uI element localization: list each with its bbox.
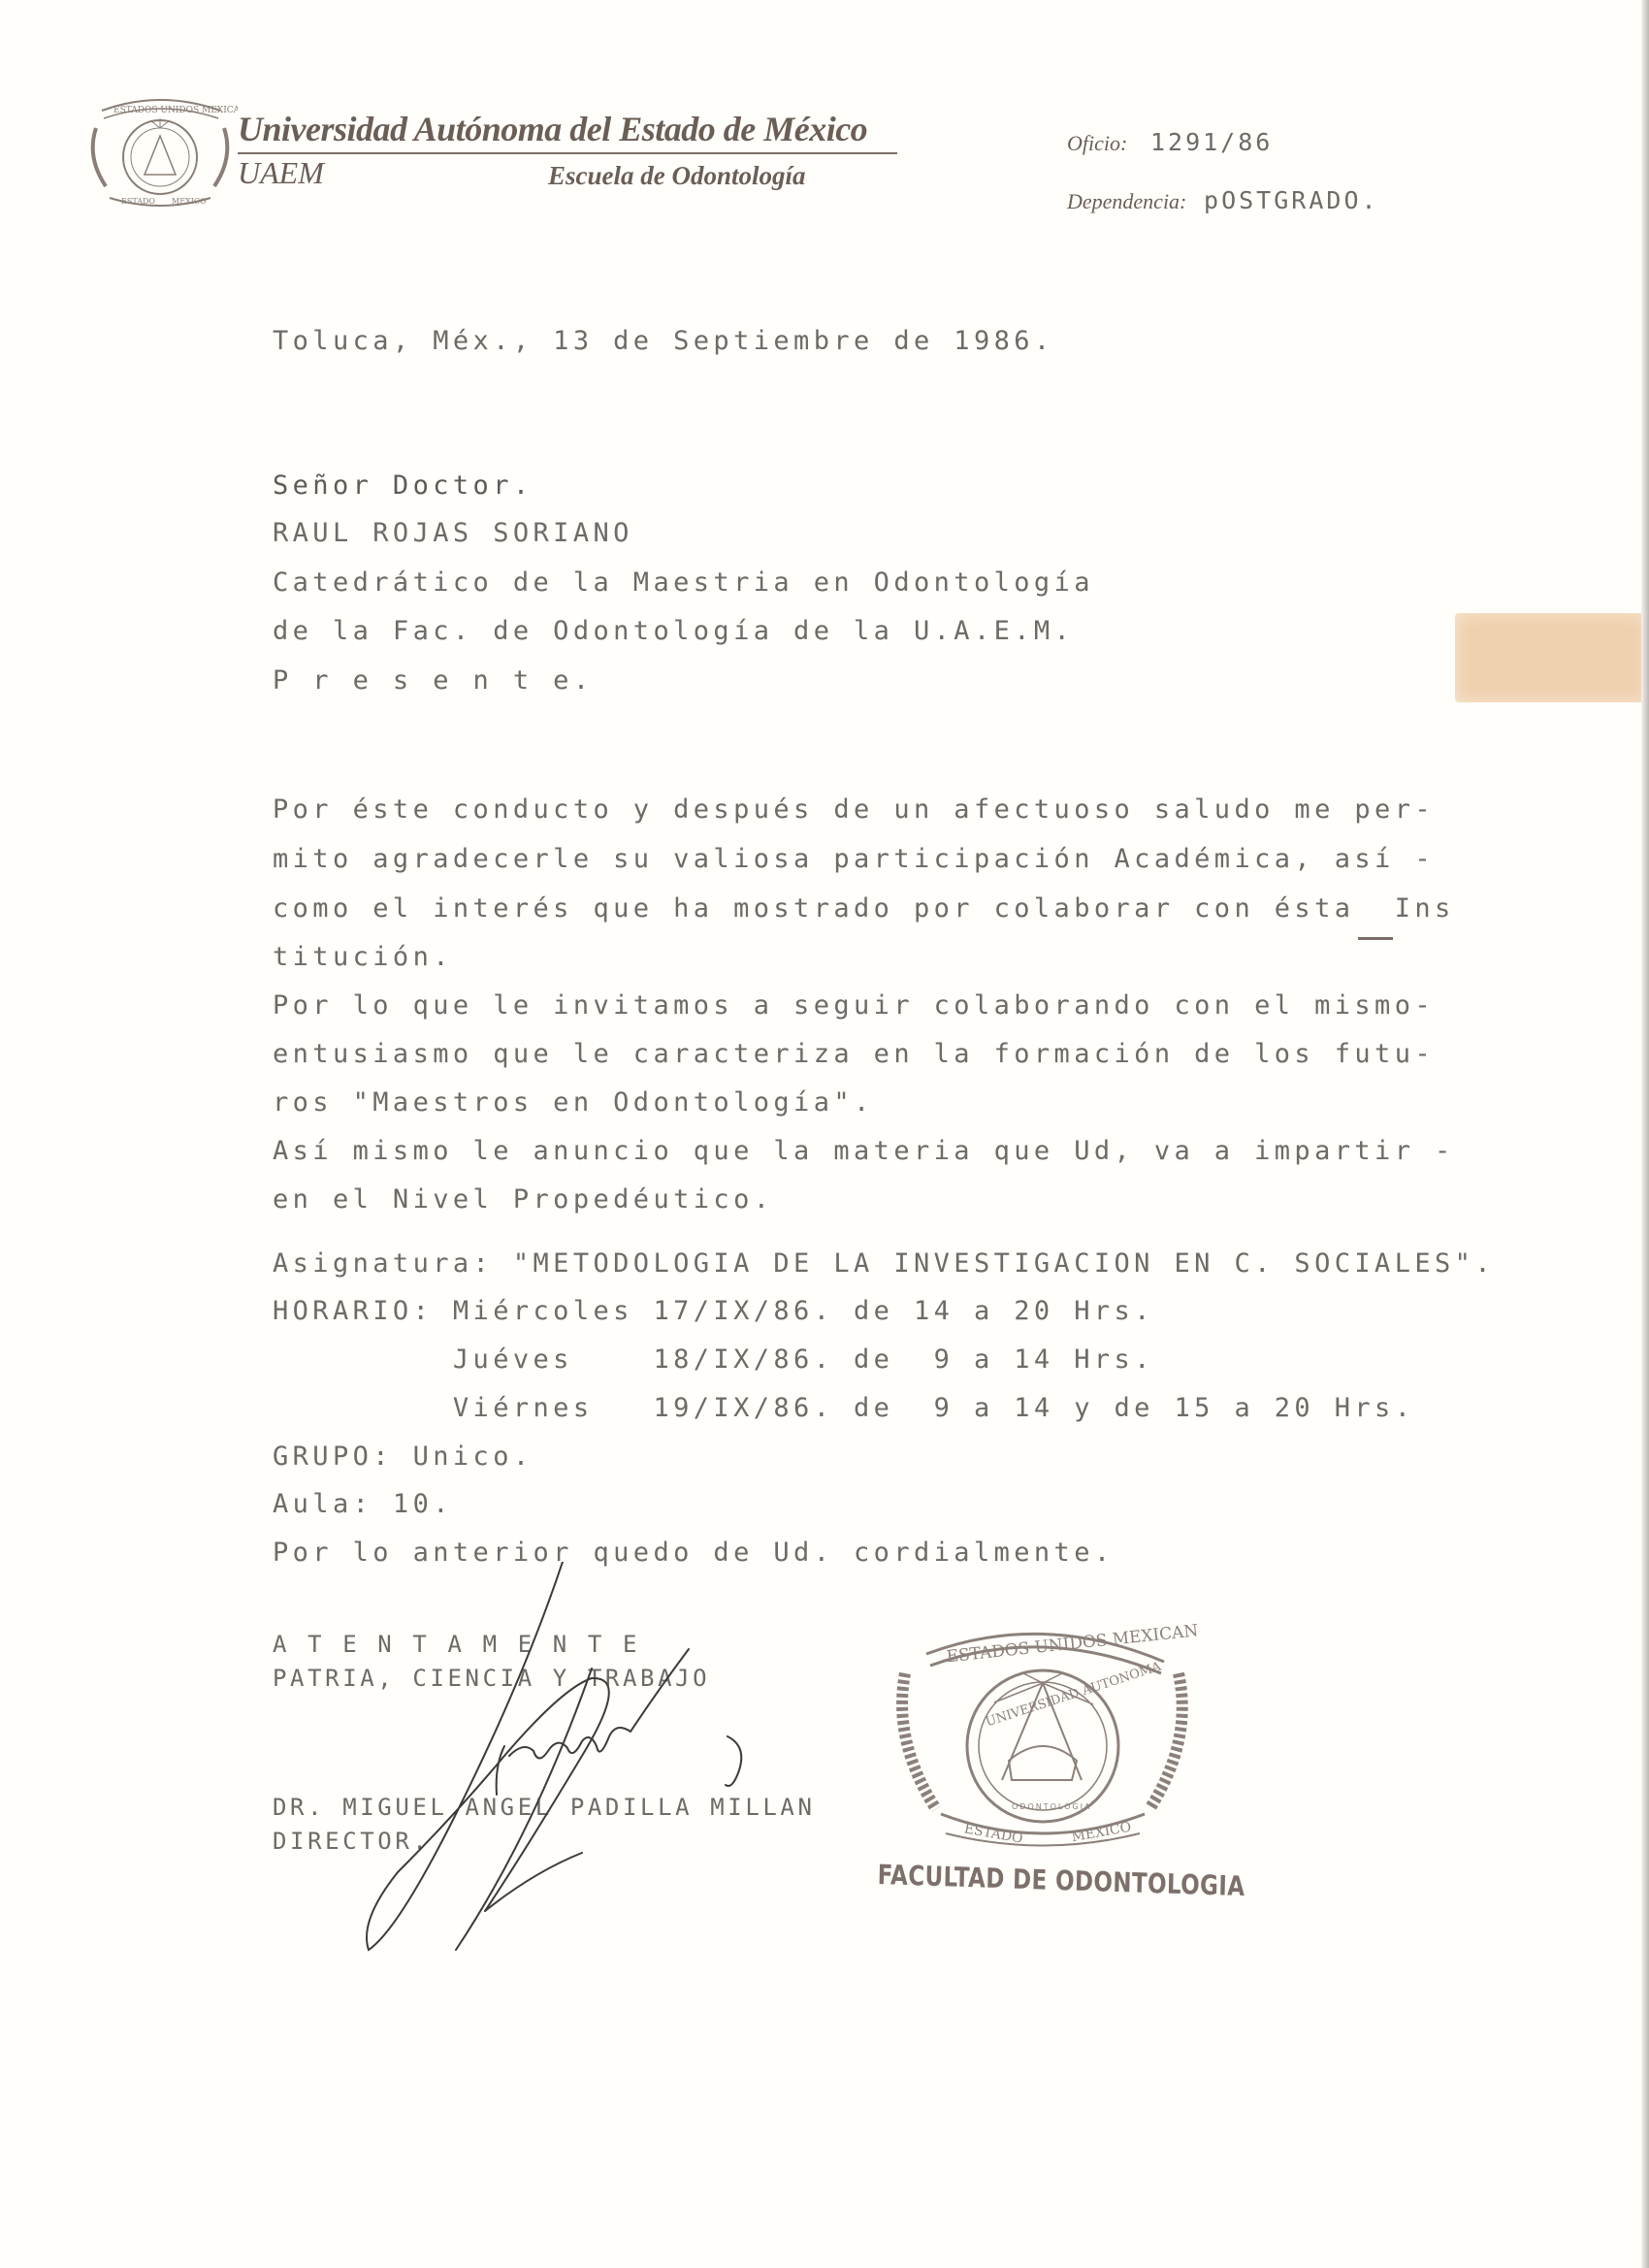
university-seal-icon: ESTADOS UNIDOS MEXICANOS ESTADO MEXICO bbox=[82, 89, 238, 215]
university-acronym: UAEM bbox=[238, 155, 324, 191]
body-line: Por lo que le invitamos a seguir colabor… bbox=[273, 992, 1435, 1019]
paper-stain bbox=[1455, 613, 1649, 702]
body-line: Así mismo le anuncio que la materia que … bbox=[273, 1138, 1455, 1164]
body-line: titución. bbox=[273, 944, 453, 970]
recipient-name: RAUL ROJAS SORIANO bbox=[273, 520, 633, 546]
body-line: mito agradecerle su valiosa participació… bbox=[273, 846, 1435, 872]
faculty-stamp-icon: ESTADOS UNIDOS MEXICANOS UNIVERSIDAD AUT… bbox=[888, 1615, 1198, 1858]
oficio-value: 1291/86 bbox=[1150, 128, 1273, 156]
body-line: en el Nivel Propedéutico. bbox=[273, 1186, 773, 1213]
dependencia-label: Dependencia: bbox=[1067, 189, 1186, 213]
svg-text:ESTADOS UNIDOS MEXICANOS: ESTADOS UNIDOS MEXICANOS bbox=[113, 106, 238, 115]
dependencia-value: pOSTGRADO. bbox=[1204, 186, 1379, 214]
recipient-position: Catedrático de la Maestria en Odontologí… bbox=[273, 569, 1094, 596]
body-line: entusiasmo que le caracteriza en la form… bbox=[273, 1041, 1435, 1067]
letterhead-rule bbox=[238, 152, 897, 154]
svg-text:MEXICO: MEXICO bbox=[172, 197, 207, 206]
university-name: Universidad Autónoma del Estado de Méxic… bbox=[238, 109, 867, 149]
grupo-line: GRUPO: Unico. bbox=[273, 1443, 533, 1470]
date-line: Toluca, Méx., 13 de Septiembre de 1986. bbox=[273, 328, 1054, 354]
body-line: Por éste conducto y después de un afectu… bbox=[273, 796, 1435, 823]
schedule-line: HORARIO: Miércoles 17/IX/86. de 14 a 20 … bbox=[273, 1298, 1154, 1324]
handwritten-signature bbox=[339, 1562, 786, 1969]
underline-mark bbox=[1358, 937, 1393, 940]
stamp-caption: FACULTAD DE ODONTOLOGIA bbox=[877, 1859, 1245, 1902]
svg-text:ODONTOLOGIA: ODONTOLOGIA bbox=[1012, 1802, 1091, 1811]
oficio-row: Oficio: 1291/86 bbox=[1067, 128, 1273, 156]
body-line: ros "Maestros en Odontología". bbox=[273, 1089, 874, 1116]
svg-text:ESTADO: ESTADO bbox=[121, 197, 155, 206]
scan-edge bbox=[1641, 0, 1649, 2268]
recipient-presente: P r e s e n t e. bbox=[273, 667, 594, 694]
oficio-label: Oficio: bbox=[1067, 131, 1127, 155]
schedule-line: Juéves 18/IX/86. de 9 a 14 Hrs. bbox=[273, 1346, 1154, 1373]
recipient-salutation: Señor Doctor. bbox=[273, 472, 533, 499]
dependencia-row: Dependencia: pOSTGRADO. bbox=[1067, 186, 1379, 214]
body-line: como el interés que ha mostrado por cola… bbox=[273, 895, 1455, 922]
school-name: Escuela de Odontología bbox=[548, 161, 806, 191]
recipient-institution: de la Fac. de Odontología de la U.A.E.M. bbox=[273, 618, 1074, 644]
svg-text:UNIVERSIDAD AUTONOMA: UNIVERSIDAD AUTONOMA bbox=[985, 1660, 1164, 1731]
asignatura-line: Asignatura: "METODOLOGIA DE LA INVESTIGA… bbox=[273, 1250, 1495, 1277]
aula-line: Aula: 10. bbox=[273, 1491, 453, 1517]
schedule-line: Viérnes 19/IX/86. de 9 a 14 y de 15 a 20… bbox=[273, 1395, 1414, 1421]
